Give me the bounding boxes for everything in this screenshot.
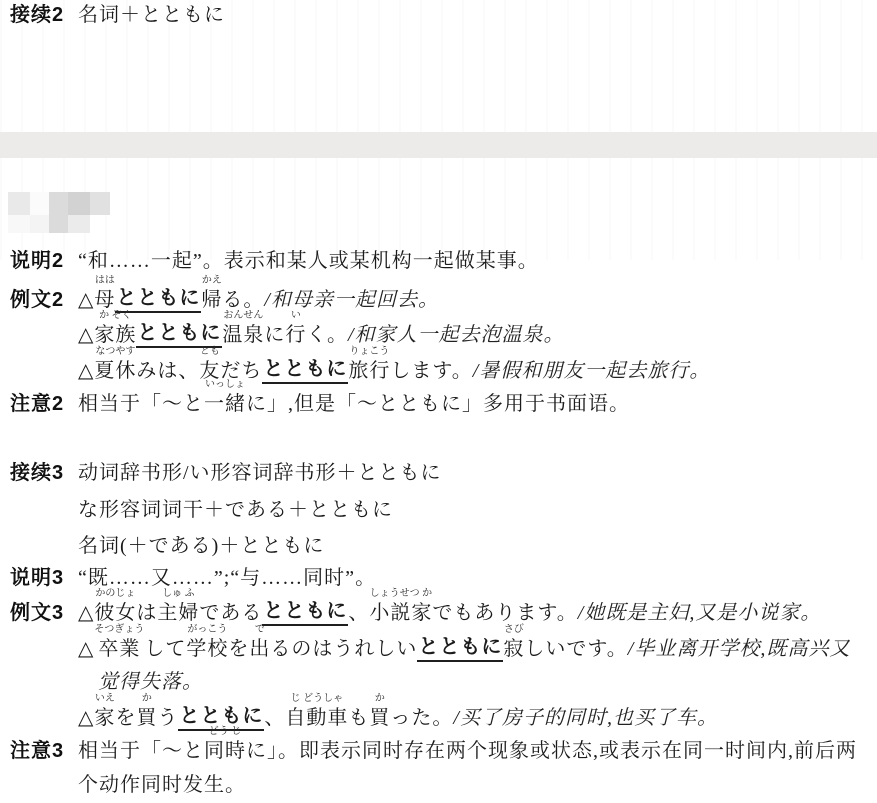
body-text: な形容词词干＋である＋とともに [78,497,393,523]
body-text: く。 [306,322,348,348]
body-text: でもあります。 [432,600,577,626]
row-setsuzoku2: 接续2名词＋とともに [0,2,877,28]
furigana: かえ [202,275,222,287]
base-text: 家族 [94,322,136,348]
row-text: △かのじょ彼女はしゅ ふ主婦であるとともに、しょうせつ か小説家でもあります。/… [78,588,821,626]
body-text: 相当于「～と [78,391,204,417]
row-text: 相当于「～といっしょ一緒に」,但是「～とともに」多用于书面语。 [78,379,630,417]
ruby-segment: どう じ同時 [204,726,246,764]
furigana: なつやす [95,346,135,358]
ruby-segment: かのじょ彼女 [94,588,136,626]
row-setsuzoku3-l1: 接续3动词辞书形/い形容词辞书形＋とともに [0,460,877,486]
body-text: に [264,322,285,348]
furigana: はは [95,275,115,287]
ruby-segment: かえ帰 [201,275,222,313]
furigana: どう じ [209,726,242,738]
base-text: 同時 [204,738,246,764]
translation-text: /她既是主妇,又是小说家。 [578,600,822,626]
body-text: を [228,636,249,662]
ruby-segment: さび寂 [503,624,524,662]
row-text: 相当于「～とどう じ同時に」。即表示同时存在两个现象或状态,或表示在同一时间内,… [78,726,857,764]
scan-gray-band [0,132,877,158]
row-reibun3-ex2: △そつぎょう卒業してがっこう学校をで出るのはうれしいとともにさび寂しいです。/毕… [0,624,877,662]
ruby-segment: はは母 [94,275,115,313]
row-text: △そつぎょう卒業してがっこう学校をで出るのはうれしいとともにさび寂しいです。/毕… [78,624,850,662]
body-text: 名词(＋である)＋とともに [78,533,324,559]
furigana: か [375,693,385,705]
ruby-segment: おんせん温泉 [222,310,264,348]
furigana: そつぎょう [94,624,144,636]
furigana: いっしょ [205,379,245,391]
translation-text: /毕业离开学校,既高兴又 [628,636,851,662]
grammar-point-text: とともに [136,320,222,348]
base-text: 一緒 [204,391,246,417]
ruby-segment: い行 [285,310,306,348]
base-text: 彼女 [94,600,136,626]
row-setsumei2: 说明2“和……一起”。表示和某人或某机构一起做某事。 [0,248,877,274]
row-text: △か ぞく家族とともにおんせん温泉にい行く。/和家人一起去泡温泉。 [78,310,565,348]
ruby-segment: いっしょ一緒 [204,379,246,417]
base-text: 出 [249,636,270,662]
ruby-segment: そつぎょう卒業 [94,624,144,662]
base-text: 小説家 [369,600,432,626]
furigana: しゅ ふ [162,588,195,600]
row-reibun2-ex2: △か ぞく家族とともにおんせん温泉にい行く。/和家人一起去泡温泉。 [0,310,877,348]
furigana: で [255,624,265,636]
row-text: 个动作同时发生。 [78,772,246,798]
section-label: 接续2 [10,3,64,27]
base-text: 温泉 [222,322,264,348]
section-label: 接续3 [10,461,64,485]
row-reibun3-ex2-cont: 觉得失落。 [0,669,877,695]
body-text: しいです。 [524,636,627,662]
body-text: して [144,636,186,662]
section-label: 注意3 [10,739,64,763]
section-label: 例文3 [10,601,64,625]
row-chuui3-l1: 注意3相当于「～とどう じ同時に」。即表示同时存在两个现象或状态,或表示在同一时… [0,726,877,764]
furigana: おんせん [223,310,263,322]
section-label: 注意2 [10,392,64,416]
row-text: 名词(＋である)＋とともに [78,533,324,559]
furigana: さび [504,624,524,636]
furigana: がっこう [187,624,227,636]
row-text: 名词＋とともに [78,2,225,28]
furigana: い [291,310,301,322]
grammar-point-text: とともに [115,285,201,313]
row-text: “和……一起”。表示和某人或某机构一起做某事。 [78,248,539,274]
ruby-segment: で出 [249,624,270,662]
row-setsuzoku3-l2: な形容词词干＋である＋とともに [0,497,877,523]
body-text: に」,但是「～とともに」多用于书面语。 [246,391,630,417]
row-text: な形容词词干＋である＋とともに [78,497,393,523]
body-text: △ [78,600,94,626]
row-text: 觉得失落。 [98,669,203,695]
furigana: とも [200,346,220,358]
body-text: △ [78,322,94,348]
grammar-point-text: とともに [262,598,348,626]
body-text: 个动作同时发生。 [78,772,246,798]
blurred-region [8,192,110,233]
body-text: 相当于「～と [78,738,204,764]
row-reibun3-ex1: 例文3△かのじょ彼女はしゅ ふ主婦であるとともに、しょうせつ か小説家でもありま… [0,588,877,626]
furigana: じ どうしゃ [291,693,344,705]
ruby-segment: しょうせつ か小説家 [369,588,432,626]
base-text: 行 [285,322,306,348]
body-text: である [199,600,262,626]
row-text: △はは母とともにかえ帰る。/和母亲一起回去。 [78,275,439,313]
furigana: しょうせつ か [370,588,433,600]
ruby-segment: しゅ ふ主婦 [157,588,199,626]
furigana: りょこう [349,346,389,358]
furigana: か ぞく [99,310,132,322]
body-text: は [136,600,157,626]
ruby-segment: がっこう学校 [186,624,228,662]
section-label: 说明3 [10,566,64,590]
ruby-segment: か ぞく家族 [94,310,136,348]
translation-text: 觉得失落。 [98,669,203,695]
body-text: 、 [348,600,369,626]
body-text: △ [78,636,94,662]
row-chuui2: 注意2相当于「～といっしょ一緒に」,但是「～とともに」多用于书面语。 [0,379,877,417]
furigana: かのじょ [95,588,135,600]
base-text: 寂 [503,636,524,662]
body-text: 动词辞书形/い形容词辞书形＋とともに [78,460,442,486]
body-text: に」。即表示同时存在两个现象或状态,或表示在同一时间内,前后两 [246,738,857,764]
row-chuui3-l2: 个动作同时发生。 [0,772,877,798]
translation-text: /和家人一起去泡温泉。 [348,322,565,348]
base-text: 主婦 [157,600,199,626]
body-text: るのはうれしい [270,636,417,662]
textbook-page: 接续2名词＋とともに 说明2“和……一起”。表示和某人或某机构一起做某事。 例文… [0,0,877,803]
section-label: 例文2 [10,288,64,312]
furigana: いえ [95,693,115,705]
base-text: 学校 [186,636,228,662]
row-setsuzoku3-l3: 名词(＋である)＋とともに [0,533,877,559]
base-text: 卒業 [98,636,140,662]
section-label: 说明2 [10,249,64,273]
row-reibun2-ex1: 例文2△はは母とともにかえ帰る。/和母亲一起回去。 [0,275,877,313]
body-text: 名词＋とともに [78,2,225,28]
grammar-point-text: とともに [417,634,503,662]
row-text: 动词辞书形/い形容词辞书形＋とともに [78,460,442,486]
furigana: か [142,693,152,705]
body-text: “和……一起”。表示和某人或某机构一起做某事。 [78,248,539,274]
